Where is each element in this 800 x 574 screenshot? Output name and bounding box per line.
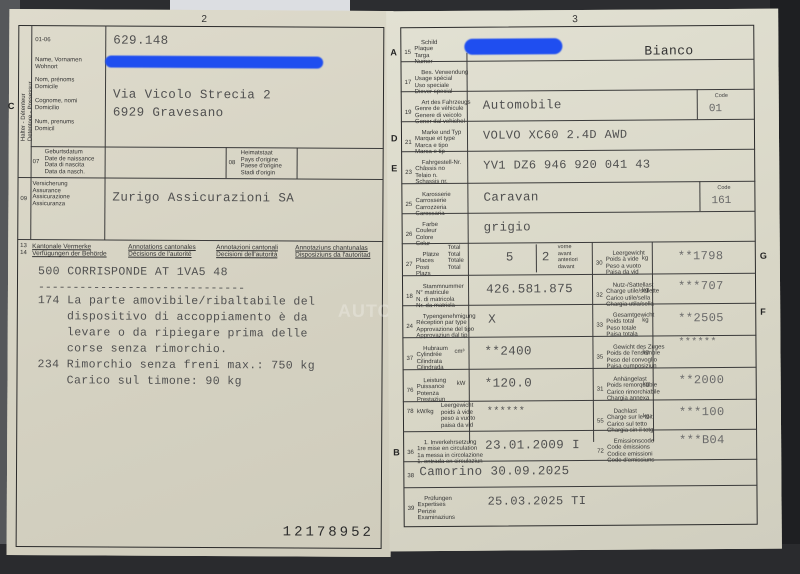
field-25-code-label: Code	[717, 185, 730, 191]
annotations-numbers: 13 14	[20, 243, 27, 256]
field-38-number: 38	[407, 473, 414, 480]
side-marker-c: C	[8, 101, 15, 111]
name-label-it: Cognome, nomi Domicilio	[35, 98, 77, 111]
field-78-label-prefix: 78kW/kg	[407, 409, 434, 416]
field-33-unit: kg	[642, 318, 648, 324]
field-23-vin-value: YV1 DZ6 946 920 041 43	[483, 158, 650, 173]
name-label-de: Name, Vornamen Wohnort	[35, 57, 82, 70]
field-26-value: grigio	[484, 220, 532, 234]
holder-vertical-label: Halter - Détenteur Detentore - Possessur	[21, 81, 34, 141]
field-25-code: 161	[711, 195, 731, 207]
page-number-left: 2	[201, 14, 207, 25]
annotation-line: dispositivo di accoppiamento è da	[38, 310, 308, 324]
side-marker-g: G	[760, 251, 767, 261]
side-marker-b: B	[393, 447, 400, 457]
field-39-value: 25.03.2025 TI	[487, 494, 586, 509]
field-08-number: 08	[229, 160, 236, 167]
field-01-06-label: 01-06	[35, 37, 50, 44]
side-marker-d: D	[391, 133, 398, 143]
field-24-value: X	[488, 313, 496, 327]
field-09-value: Zurigo Assicurazioni SA	[112, 191, 294, 206]
field-30-unit: kg	[642, 256, 648, 262]
field-55-value: ***100	[679, 405, 725, 419]
field-55-unit: kg	[643, 414, 649, 420]
field-27-seats-front: 2	[542, 250, 550, 264]
divider	[697, 89, 698, 119]
field-78-value: ******	[487, 406, 525, 417]
field-27-total-label: Total Total Totale Total	[448, 245, 464, 271]
left-page: 2 C Halter - Détenteur Detentore - Posse…	[7, 9, 394, 557]
field-37-value: **2400	[484, 344, 532, 358]
field-19-code-label: Code	[715, 93, 728, 99]
field-72-value: ***B04	[679, 433, 725, 447]
field-78-label: Leergewicht poids à vide peso a vuoto pa…	[441, 403, 476, 430]
divider	[226, 147, 227, 178]
field-27-seats-total: 5	[506, 250, 514, 264]
field-72-label: 72Emissionscode Code émissions Codice em…	[597, 432, 654, 472]
field-35-unit: kg	[642, 350, 648, 356]
field-07-number: 07	[33, 159, 40, 166]
field-31-unit: kg	[643, 382, 649, 388]
field-27-front-label: vorne avant anteriori davant	[558, 244, 578, 271]
divider	[536, 244, 537, 272]
annotation-separator: ------------------------------	[38, 281, 245, 295]
annotations-header-it: Annotazioni cantonali Decisioni dell'aut…	[216, 244, 278, 258]
annotation-line: 234 Rimorchio senza freni max.: 750 kg	[38, 358, 316, 372]
side-marker-a: A	[390, 47, 397, 57]
field-32-unit: kg	[642, 288, 648, 294]
field-30-value: **1798	[678, 249, 724, 263]
annotations-header-de: Kantonale Vermerke Verfügungen der Behör…	[32, 243, 107, 257]
field-33-value: **2505	[678, 311, 724, 325]
field-38-value: Camorino 30.09.2025	[419, 464, 569, 479]
name-label-fr: Nom, prénoms Domicile	[35, 77, 74, 90]
field-39-label: 39Prüfungen Expertises Perizie Examinazi…	[407, 489, 455, 529]
right-page: 3 A D E B G F 15Schild Plaque Targa Nume…	[386, 9, 782, 552]
field-09-label: Versicherung Assurance Assicurazione Ass…	[32, 181, 69, 208]
field-32-value: ***707	[678, 279, 724, 293]
field-07-label: Geburtsdatum Date de naissance Data di n…	[45, 149, 95, 176]
field-19-value: Automobile	[483, 98, 562, 113]
field-31-value: **2000	[679, 373, 725, 387]
annotation-line: 500 CORRISPONDE AT 1VA5 48	[38, 265, 228, 279]
name-label-rm: Num, prenums Domicil	[35, 119, 74, 132]
annotations-header-fr: Annotations cantonales Décisions de l'au…	[128, 244, 196, 258]
divider	[699, 181, 700, 211]
field-76-value: *120.0	[485, 376, 533, 390]
field-18-value: 426.581.875	[486, 282, 573, 297]
divider	[297, 148, 298, 179]
redacted-name	[105, 56, 323, 69]
field-25-value: Caravan	[483, 190, 538, 204]
side-marker-f: F	[760, 307, 766, 317]
field-36-value: 23.01.2009 I	[485, 438, 580, 453]
serial-number: 12178952	[283, 524, 374, 540]
field-19-code: 01	[709, 103, 722, 115]
field-08-label: Heimatstaat Pays d'origine Paese d'origi…	[241, 150, 282, 177]
redacted-plate	[464, 38, 562, 55]
address-line-1: Via Vicolo Strecia 2	[113, 88, 271, 103]
annotation-line: levare o da ripiegare prima delle	[38, 326, 308, 340]
field-35-value: ******	[678, 337, 716, 348]
annotation-line: 174 La parte amovibile/ribaltabile del	[38, 294, 316, 308]
page-number-right: 3	[572, 14, 578, 25]
annotations-header-rm: Annotaziuns chantunalas Disposiziuns da …	[295, 244, 370, 258]
field-09-number: 09	[20, 196, 27, 203]
annotation-line: Carico sul timone: 90 kg	[37, 374, 242, 388]
field-01-06-value: 629.148	[113, 34, 168, 48]
field-37-unit: cm³	[454, 349, 464, 355]
field-76-unit: kW	[457, 381, 466, 387]
annotation-line: corse senza rimorchio.	[38, 342, 228, 356]
address-line-2: 6929 Gravesano	[113, 106, 224, 121]
field-15-color-value: Bianco	[644, 43, 693, 58]
side-marker-e: E	[391, 163, 397, 173]
field-21-value: VOLVO XC60 2.4D AWD	[483, 128, 628, 143]
